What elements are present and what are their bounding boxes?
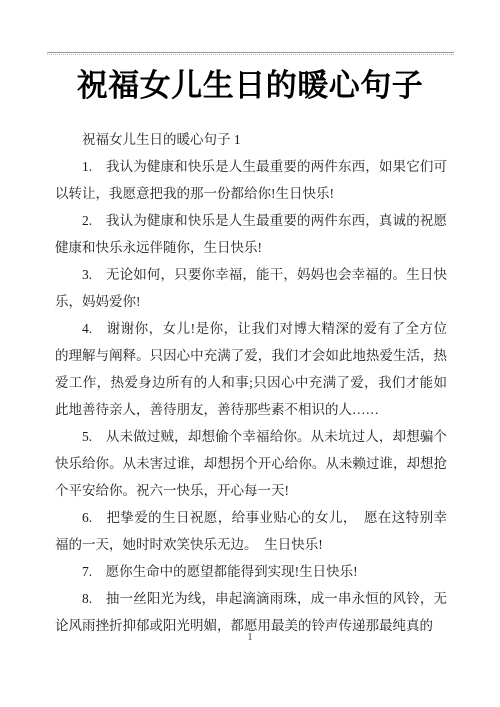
subtitle: 祝福女儿生日的暖心句子 1 <box>55 126 447 153</box>
paragraph: 5. 从未做过贼，却想偷个幸福给你。从未坑过人，却想骗个快乐给你。从未害过谁，却… <box>55 423 447 504</box>
paragraph: 8. 抽一丝阳光为线，串起滴滴雨珠，成一串永恒的风铃，无论风雨挫折抑郁或阳光明媚… <box>55 585 447 639</box>
paragraph: 6. 把挚爱的生日祝愿，给事业贴心的女儿， 愿在这特别幸福的一天，她时时欢笑快乐… <box>55 504 447 558</box>
paragraph: 7. 愿你生命中的愿望都能得到实现!生日快乐! <box>55 558 447 585</box>
paragraph-list: 1. 我认为健康和快乐是人生最重要的两件东西，如果它们可以转让，我愿意把我的那一… <box>55 153 447 639</box>
document-page: 祝福女儿生日的暖心句子 祝福女儿生日的暖心句子 1 1. 我认为健康和快乐是人生… <box>0 0 500 707</box>
paragraph: 4. 谢谢你，女儿!是你，让我们对博大精深的爱有了全方位的理解与阐释。只因心中充… <box>55 315 447 423</box>
page-number: 1 <box>0 632 500 643</box>
paragraph: 1. 我认为健康和快乐是人生最重要的两件东西，如果它们可以转让，我愿意把我的那一… <box>55 153 447 207</box>
paragraph: 3. 无论如何，只要你幸福，能干，妈妈也会幸福的。生日快乐，妈妈爱你! <box>55 261 447 315</box>
paragraph: 2. 我认为健康和快乐是人生最重要的两件东西，真诚的祝愿健康和快乐永远伴随你，生… <box>55 207 447 261</box>
header-divider <box>47 52 454 55</box>
page-title: 祝福女儿生日的暖心句子 <box>0 68 500 104</box>
document-body: 祝福女儿生日的暖心句子 1 1. 我认为健康和快乐是人生最重要的两件东西，如果它… <box>55 126 447 639</box>
